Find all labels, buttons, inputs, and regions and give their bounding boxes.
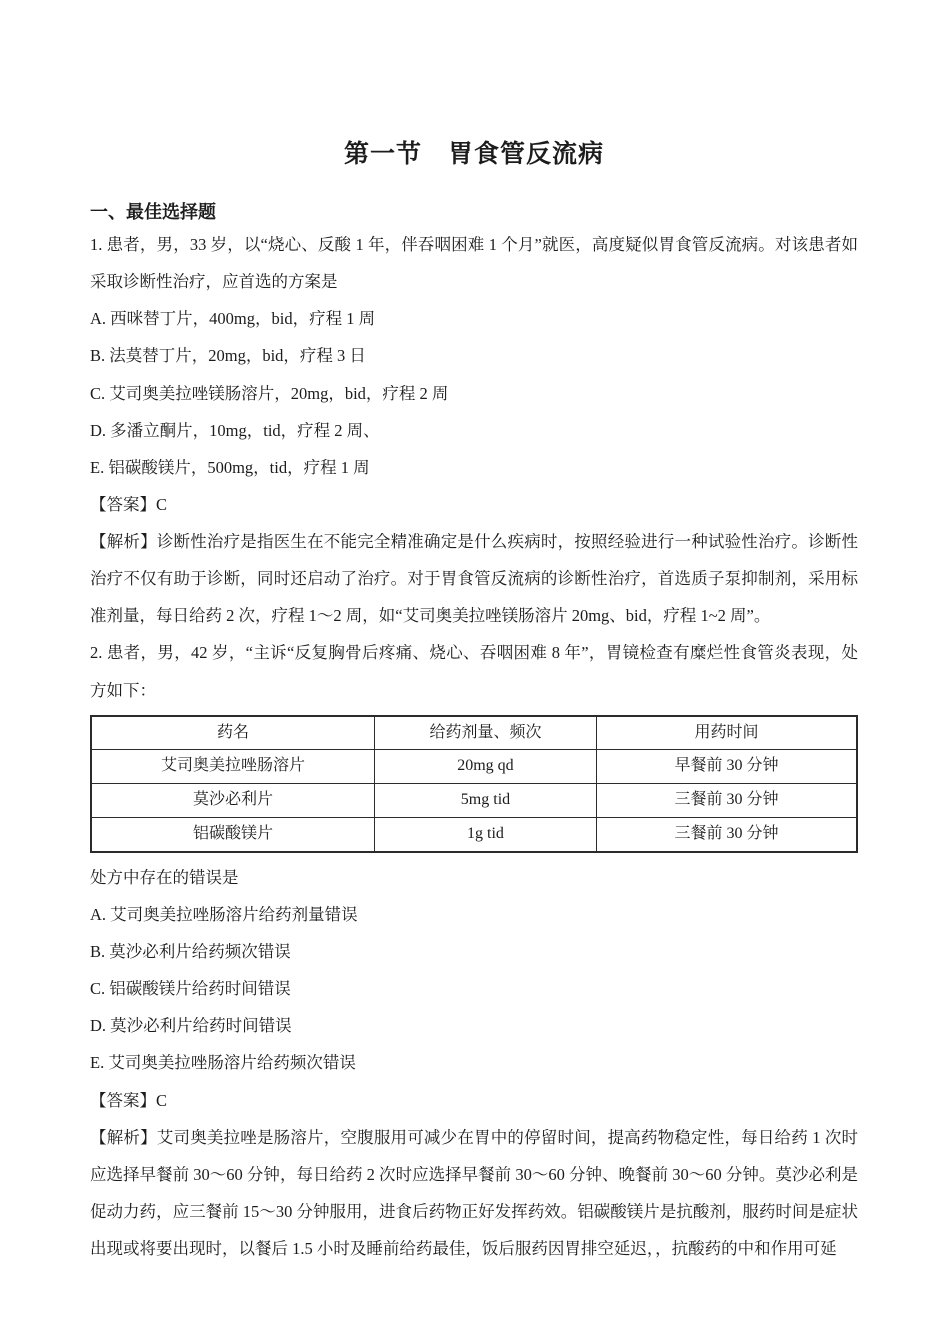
table-cell-drug: 莫沙必利片 xyxy=(91,784,374,818)
document-page: 第一节 胃食管反流病 一、最佳选择题 1. 患者，男，33 岁，以“烧心、反酸 … xyxy=(0,0,950,1344)
table-header-medication-time: 用药时间 xyxy=(597,716,857,750)
prescription-table: 药名 给药剂量、频次 用药时间 艾司奥美拉唑肠溶片 20mg qd 早餐前 30… xyxy=(90,715,858,853)
question-1-stem: 1. 患者，男，33 岁，以“烧心、反酸 1 年，伴吞咽困难 1 个月”就医，高… xyxy=(90,226,858,300)
answer-label: 【答案】 xyxy=(90,495,156,514)
analysis-label: 【解析】 xyxy=(90,1128,157,1147)
question-2-option-b: B. 莫沙必利片给药频次错误 xyxy=(90,933,858,970)
table-header-dose-frequency: 给药剂量、频次 xyxy=(374,716,596,750)
question-1-option-c: C. 艾司奥美拉唑镁肠溶片，20mg，bid，疗程 2 周 xyxy=(90,375,858,412)
table-row: 铝碳酸镁片 1g tid 三餐前 30 分钟 xyxy=(91,818,857,852)
page-title: 第一节 胃食管反流病 xyxy=(90,134,858,170)
table-row: 艾司奥美拉唑肠溶片 20mg qd 早餐前 30 分钟 xyxy=(91,750,857,784)
table-cell-drug: 艾司奥美拉唑肠溶片 xyxy=(91,750,374,784)
table-header-drug-name: 药名 xyxy=(91,716,374,750)
answer-value: C xyxy=(156,1091,167,1110)
analysis-text: 诊断性治疗是指医生在不能完全精准确定是什么疾病时，按照经验进行一种试验性治疗。诊… xyxy=(90,532,858,625)
table-cell-dose: 20mg qd xyxy=(374,750,596,784)
table-cell-dose: 1g tid xyxy=(374,818,596,852)
section-heading: 一、最佳选择题 xyxy=(90,198,858,224)
question-2-option-d: D. 莫沙必利片给药时间错误 xyxy=(90,1007,858,1044)
question-1-option-d: D. 多潘立酮片，10mg，tid，疗程 2 周、 xyxy=(90,412,858,449)
question-1-option-b: B. 法莫替丁片，20mg，bid，疗程 3 日 xyxy=(90,337,858,374)
question-2-option-a: A. 艾司奥美拉唑肠溶片给药剂量错误 xyxy=(90,896,858,933)
table-cell-time: 三餐前 30 分钟 xyxy=(597,784,857,818)
question-1-analysis: 【解析】诊断性治疗是指医生在不能完全精准确定是什么疾病时，按照经验进行一种试验性… xyxy=(90,523,858,634)
question-1-option-e: E. 铝碳酸镁片，500mg，tid，疗程 1 周 xyxy=(90,449,858,486)
analysis-label: 【解析】 xyxy=(90,532,157,551)
analysis-text: 艾司奥美拉唑是肠溶片，空腹服用可减少在胃中的停留时间，提高药物稳定性，每日给药 … xyxy=(90,1128,858,1258)
table-cell-time: 早餐前 30 分钟 xyxy=(597,750,857,784)
answer-label: 【答案】 xyxy=(90,1091,156,1110)
table-row: 莫沙必利片 5mg tid 三餐前 30 分钟 xyxy=(91,784,857,818)
question-2-analysis: 【解析】艾司奥美拉唑是肠溶片，空腹服用可减少在胃中的停留时间，提高药物稳定性，每… xyxy=(90,1119,858,1268)
question-2-option-c: C. 铝碳酸镁片给药时间错误 xyxy=(90,970,858,1007)
question-2-answer-line: 【答案】C xyxy=(90,1082,858,1119)
table-cell-time: 三餐前 30 分钟 xyxy=(597,818,857,852)
table-header-row: 药名 给药剂量、频次 用药时间 xyxy=(91,716,857,750)
question-2-stem: 2. 患者，男，42 岁，“主诉“反复胸骨后疼痛、烧心、吞咽困难 8 年”，胃镜… xyxy=(90,634,858,708)
table-cell-dose: 5mg tid xyxy=(374,784,596,818)
table-cell-drug: 铝碳酸镁片 xyxy=(91,818,374,852)
question-2-prompt: 处方中存在的错误是 xyxy=(90,859,858,896)
answer-value: C xyxy=(156,495,167,514)
question-1: 1. 患者，男，33 岁，以“烧心、反酸 1 年，伴吞咽困难 1 个月”就医，高… xyxy=(90,226,858,634)
question-2-option-e: E. 艾司奥美拉唑肠溶片给药频次错误 xyxy=(90,1044,858,1081)
question-1-answer-line: 【答案】C xyxy=(90,486,858,523)
question-1-option-a: A. 西咪替丁片，400mg，bid，疗程 1 周 xyxy=(90,300,858,337)
question-2: 2. 患者，男，42 岁，“主诉“反复胸骨后疼痛、烧心、吞咽困难 8 年”，胃镜… xyxy=(90,634,858,1267)
